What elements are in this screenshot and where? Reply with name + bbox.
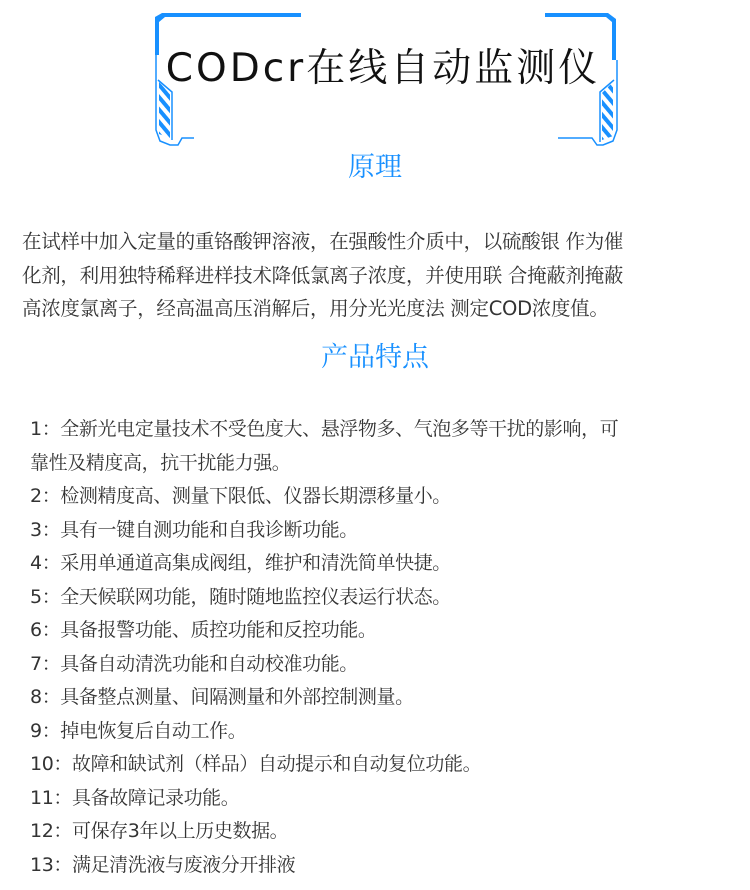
feature-item: 3：具有一键自测功能和自我诊断功能。 (30, 514, 730, 548)
feature-item: 5：全天候联网功能，随时随地监控仪表运行状态。 (30, 581, 730, 615)
feature-item: 10：故障和缺试剂（样品）自动提示和自动复位功能。 (30, 748, 730, 782)
principle-line: 在试样中加入定量的重铬酸钾溶液，在强酸性介质中，以硫酸银 作为催 (22, 225, 732, 259)
section-heading-features: 产品特点 (0, 340, 750, 376)
principle-line: 化剂，利用独特稀释进样技术降低氯离子浓度，并使用联 合掩蔽剂掩蔽 (22, 259, 732, 293)
feature-item: 7：具备自动清洗功能和自动校准功能。 (30, 648, 730, 682)
feature-item: 1：全新光电定量技术不受色度大、悬浮物多、气泡多等干扰的影响，可 靠性及精度高，… (30, 413, 730, 480)
feature-item: 13：满足清洗液与废液分开排液 (30, 849, 730, 883)
feature-item: 9：掉电恢复后自动工作。 (30, 715, 730, 749)
features-list: 1：全新光电定量技术不受色度大、悬浮物多、气泡多等干扰的影响，可 靠性及精度高，… (30, 413, 730, 882)
feature-item: 11：具备故障记录功能。 (30, 782, 730, 816)
feature-item: 8：具备整点测量、间隔测量和外部控制测量。 (30, 681, 730, 715)
section-heading-principle: 原理 (0, 150, 750, 186)
principle-line: 高浓度氯离子，经高温高压消解后，用分光光度法 测定COD浓度值。 (22, 292, 732, 326)
page-title: CODcr在线自动监测仪 (148, 44, 618, 94)
principle-paragraph: 在试样中加入定量的重铬酸钾溶液，在强酸性介质中，以硫酸银 作为催 化剂，利用独特… (22, 225, 732, 326)
feature-text-continuation: 靠性及精度高，抗干扰能力强。 (30, 447, 730, 481)
title-banner: CODcr在线自动监测仪 (148, 0, 618, 150)
feature-item: 12：可保存3年以上历史数据。 (30, 815, 730, 849)
feature-item: 2：检测精度高、测量下限低、仪器长期漂移量小。 (30, 480, 730, 514)
feature-item: 4：采用单通道高集成阀组，维护和清洗简单快捷。 (30, 547, 730, 581)
feature-text: 1：全新光电定量技术不受色度大、悬浮物多、气泡多等干扰的影响，可 (30, 418, 618, 440)
feature-item: 6：具备报警功能、质控功能和反控功能。 (30, 614, 730, 648)
